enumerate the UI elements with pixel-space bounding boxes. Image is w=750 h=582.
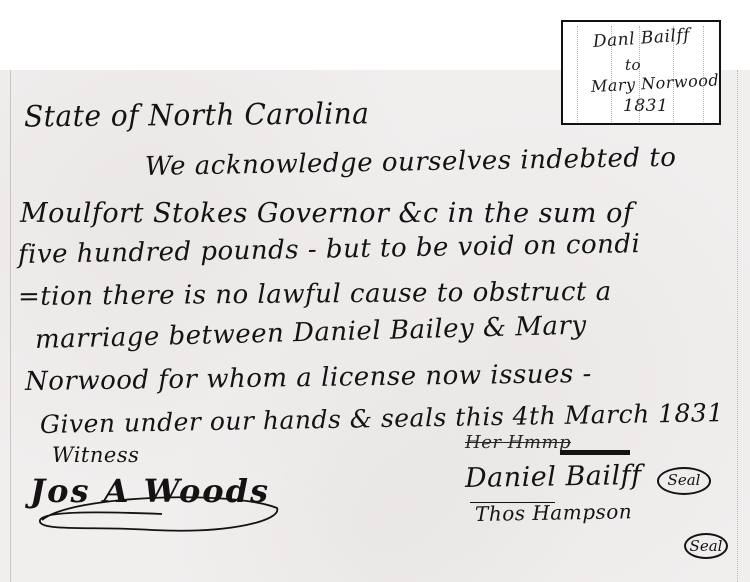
docket-line-year: 1831 [623,96,668,116]
docket-line-groom: Danl Bailff [592,25,690,52]
right-page-edge [737,70,739,582]
document-heading: State of North Carolina [24,96,370,134]
surety-signature: Thos Hampson [475,499,633,526]
bond-line-4: =tion there is no lawful cause to obstru… [18,277,612,312]
docket-line-to: to [625,56,641,74]
bond-document-page: State of North Carolina We acknowledge o… [0,70,750,582]
principal-signature: Daniel Bailff [465,460,642,494]
seal-mark: Seal [657,467,711,495]
bond-line-5: marriage between Daniel Bailey & Mary [35,311,587,355]
left-margin-rule [10,70,11,582]
ruled-line [577,26,579,122]
bond-line-6: Norwood for whom a license now issues - [25,359,592,397]
bond-date-line: Given under our hands & seals this 4th M… [40,398,724,439]
seal-mark: Seal [684,533,728,559]
ink-strike-bar [560,450,630,455]
witness-label: Witness [52,443,139,467]
docket-line-bride: Mary Norwood [591,70,720,96]
signature-flourish [32,490,282,536]
struck-through-text: Her Hmmp [465,432,571,453]
bond-line-1: We acknowledge ourselves indebted to [145,143,677,182]
bond-line-3: five hundred pounds - but to be void on … [18,229,641,270]
docket-inset: Danl Bailff to Mary Norwood 1831 [561,20,721,125]
bond-line-2: Moulfort Stokes Governor &c in the sum o… [20,198,633,229]
